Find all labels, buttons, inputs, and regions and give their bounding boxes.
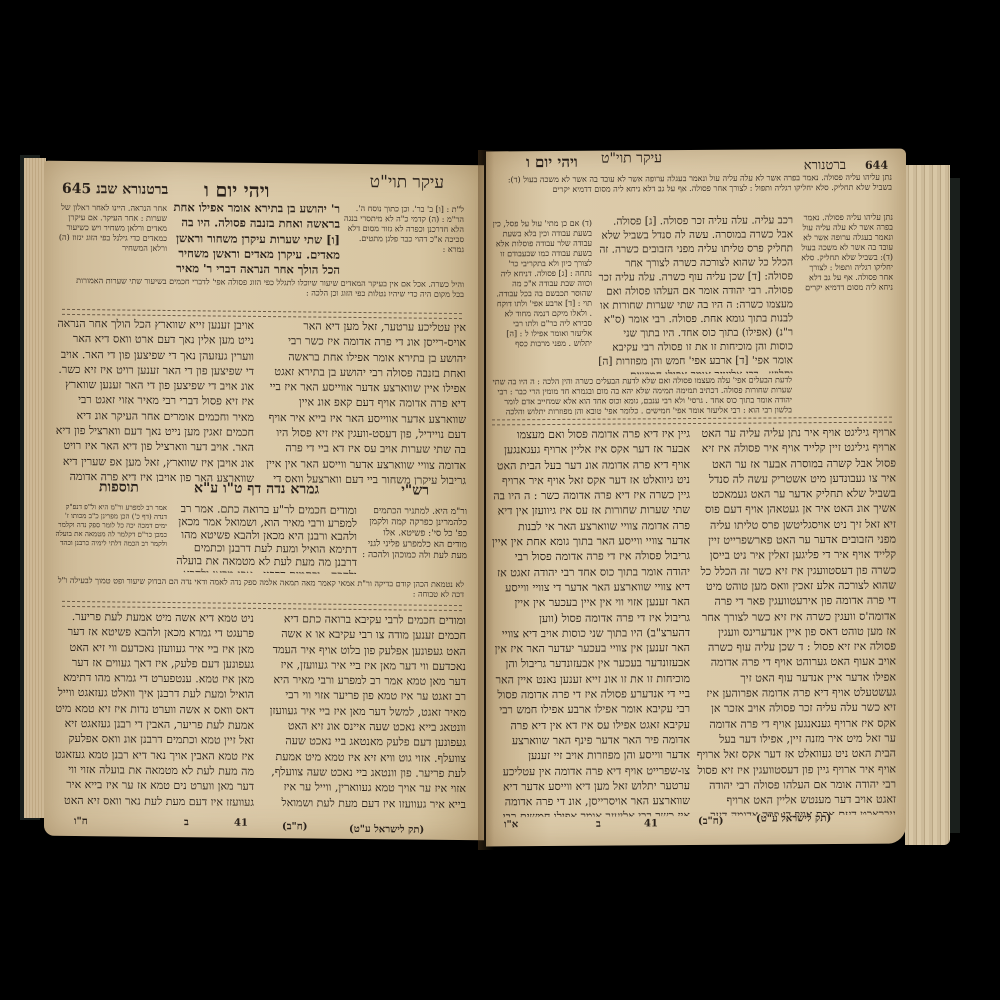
commentary-top-left: אחר הנראה. היינו לאחר ראלון של שערות : א… [52, 203, 167, 274]
footer-code: (ח"ב) [698, 816, 723, 827]
footer-marker: ב [596, 819, 601, 830]
page-stack-left [24, 158, 46, 818]
running-title-bartenura: ברטנורא [804, 157, 846, 173]
footer-signature: ח"ו [74, 816, 88, 827]
rashi-text: ור"מ היא. למתניר הכתמים כלהמרינן כפרקה ק… [362, 506, 467, 577]
running-title-ikar-tosafot: עיקר תוי"ט [370, 172, 444, 193]
bottom-note: לא נטמאת הכהן קודם בדיקה ור"ת אמאי קאמר … [54, 576, 464, 602]
gemara-text: ומודים חכמים לר"ע ברואה כתם. אמר רב למפר… [172, 502, 357, 574]
section-header-rashi: רש"י [401, 482, 429, 499]
book-gutter [478, 150, 494, 850]
open-book-photo: 645 ברטנורא שבנ ויהי יום ו עיקר תוי"ט ל"… [0, 0, 1000, 1000]
note-line: והיל כשרה. אכל אם אין בעיקר המאדים שיעור… [74, 276, 464, 310]
page-number: 644 [865, 159, 888, 172]
section-header-gemara: גמרא נדה דף ט"ו ע"א [194, 480, 319, 498]
page-number: 645 [62, 181, 91, 197]
running-title-bartenura: ברטנורא שבנ [96, 181, 168, 198]
mishnah-top-text: ר' יהושע בן בתירא אומר אפילו אחת בראשה ו… [172, 200, 340, 277]
footer-imprint: (תק לישראל ע"ט) [756, 813, 831, 825]
running-title-ikar-tosafot: עיקר תוי"ט [601, 150, 662, 167]
section-header-tosafot: תוספות [99, 479, 139, 496]
page-stack-right [905, 165, 950, 845]
right-page: ויהי יום ו עיקר תוי"ט ברטנורא 644 נתן על… [486, 149, 906, 847]
footer-imprint: (תק לישראל ע"ט) [349, 824, 424, 836]
mishnah-text: רכב עליה. עלה עליה זכר פסולה. [ג] פסולה.… [598, 213, 793, 374]
commentary-top: נתן עליהו עליה פסולה. נאמר בפרה אשר לא ע… [492, 173, 892, 216]
yiddish-column-left: גיין איז דיא פרה אדומה פסול ואם מעצמו אב… [492, 426, 690, 817]
yiddish-column-right: ארויף גיליגט אויף איר נתן עליה עליה ער ה… [696, 425, 896, 816]
left-page: 645 ברטנורא שבנ ויהי יום ו עיקר תוי"ט ל"… [44, 161, 484, 841]
note-lines: לדעת הבעלים אפי' עלה מעצמו פסולה ואם שלא… [492, 375, 792, 415]
yiddish-bottom-right: ומודים חכמים לרבי עקיבא ברואה כתם דיא חכ… [266, 611, 466, 808]
commentary-left-column: (ד) אם כן מתי' עול על פסל, כין בשעת עבוד… [492, 219, 592, 365]
yiddish-column-left: אויבן זענען זייא שווארץ הכל הולך אחר הנר… [54, 316, 254, 483]
tosafot-text: אמר רב למפרע ור"מ היא ול"פ דנפ"ק דנדה (ד… [52, 503, 167, 574]
yiddish-bottom-left: ניט טמא דיא אשה מיט אמעת לעת פריער. פרעג… [54, 609, 254, 806]
footer-signature: א"ו [504, 819, 518, 830]
footer-marker: ב [184, 817, 189, 828]
footer-number: 41 [234, 818, 248, 829]
commentary-top-right: ל"ת : [ו] ב' בר'. וכן כתוך נוסח ה'. הר"מ… [344, 204, 464, 260]
footer-number: 41 [644, 818, 658, 829]
left-page-number-header: 645 ברטנורא שבנ [62, 181, 168, 199]
running-title-center: ויהי יום ו [526, 153, 578, 172]
commentary-right-column: נתן עליהו עליה פסולה. נאמר בפרה אשר לא ע… [798, 213, 893, 409]
yiddish-column-right: אין עטליכע ערטער, זאל מען דיא האר אויס-ר… [266, 318, 466, 485]
footer-code: (ח"ב) [282, 821, 307, 832]
